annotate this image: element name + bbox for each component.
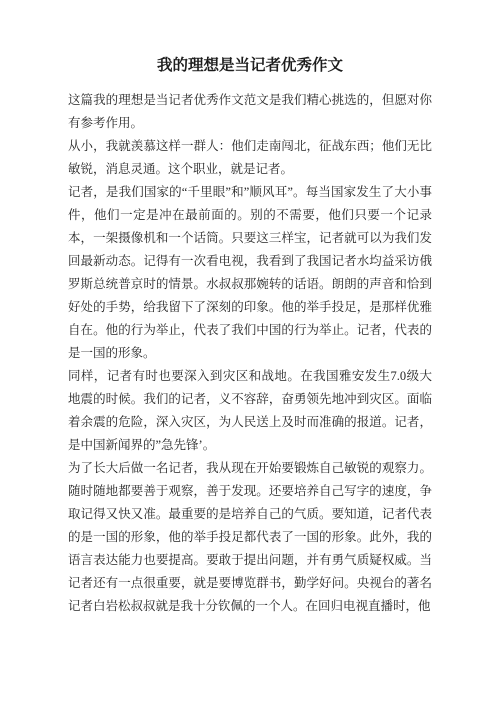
essay-paragraph-admire: 从小，我就羡慕这样一群人：他们走南闯北，征战东西；他们无比敏锐，消息灵通。这个职… (68, 135, 432, 181)
essay-paragraph-role: 记者，是我们国家的“千里眼”和”顺风耳”。每当国家发生了大小事件，他们一定是冲在… (68, 181, 432, 365)
essay-paragraph-disaster: 同样，记者有时也要深入到灾区和战地。在我国雅安发生7.0级大地震的时候。我们的记… (68, 365, 432, 457)
essay-body: 这篇我的理想是当记者优秀作文范文是我们精心挑选的，但愿对你有参考作用。 从小，我… (68, 89, 432, 618)
essay-paragraph-intro: 这篇我的理想是当记者优秀作文范文是我们精心挑选的，但愿对你有参考作用。 (68, 89, 432, 135)
essay-title: 我的理想是当记者优秀作文 (68, 52, 432, 80)
document-page: 我的理想是当记者优秀作文 这篇我的理想是当记者优秀作文范文是我们精心挑选的，但愿… (0, 0, 500, 707)
essay-paragraph-plan: 为了长大后做一名记者，我从现在开始要锻炼自己敏锐的观察力。随时随地都要善于观察，… (68, 457, 432, 618)
